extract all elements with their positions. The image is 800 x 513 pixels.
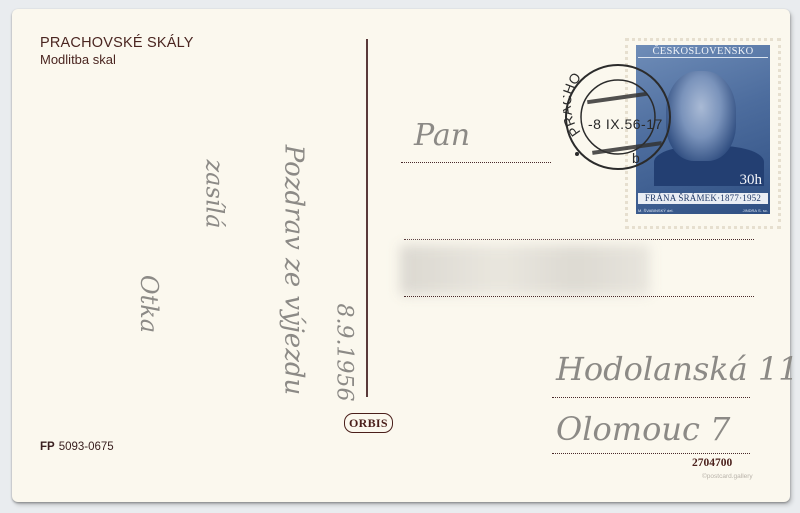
address-line-2 <box>404 239 754 240</box>
catalog-code: 5093-0675 <box>59 441 114 453</box>
stamp-printers: M. ŠVABINSKÝ del. JINDRA S. sc. <box>638 208 768 213</box>
stamp-value: 30h <box>740 172 763 189</box>
redacted-name <box>400 245 650 295</box>
address-city: Olomouc 7 <box>556 410 730 448</box>
stamp-caption: FRÁNA ŠRÁMEK·1877·1952 <box>638 193 768 204</box>
svg-text:PRACHO: PRACHO <box>563 69 584 139</box>
address-line-1 <box>401 162 551 163</box>
catalog-number: FP5093-0675 <box>40 441 114 453</box>
address-street: Hodolanská 11 <box>556 350 799 388</box>
postmark-town: PRACHO <box>563 69 584 139</box>
address-line-4 <box>552 397 750 398</box>
publisher-logo: ORBIS <box>344 413 393 433</box>
serial-number: 2704700 <box>692 457 732 469</box>
handwritten-message-line-2: zasílá <box>200 160 228 229</box>
address-line-5 <box>552 453 750 454</box>
postcard-subtitle: Modlitba skal <box>40 52 116 67</box>
stamp-designer: M. ŠVABINSKÝ del. <box>638 208 674 213</box>
watermark: ©postcard.gallery <box>702 473 753 480</box>
postmark-letter: b <box>632 150 640 166</box>
stamp-engraver: JINDRA S. sc. <box>743 208 768 213</box>
handwritten-message-line-1: Pozdrav ze výjezdu <box>278 145 308 396</box>
address-line-3 <box>404 296 754 297</box>
portrait-head <box>666 71 736 161</box>
address-salutation: Pan <box>414 118 470 153</box>
postmark-date: -8 IX.56-17 <box>588 116 663 132</box>
stamp-country: ČESKOSLOVENSKO <box>638 46 768 58</box>
handwritten-date: 8.9.1956 <box>331 304 356 402</box>
postcard-title: PRACHOVSKÉ SKÁLY <box>40 35 194 51</box>
handwritten-signature: Otka <box>135 275 163 333</box>
catalog-prefix: FP <box>40 441 55 453</box>
center-divider <box>366 39 368 397</box>
